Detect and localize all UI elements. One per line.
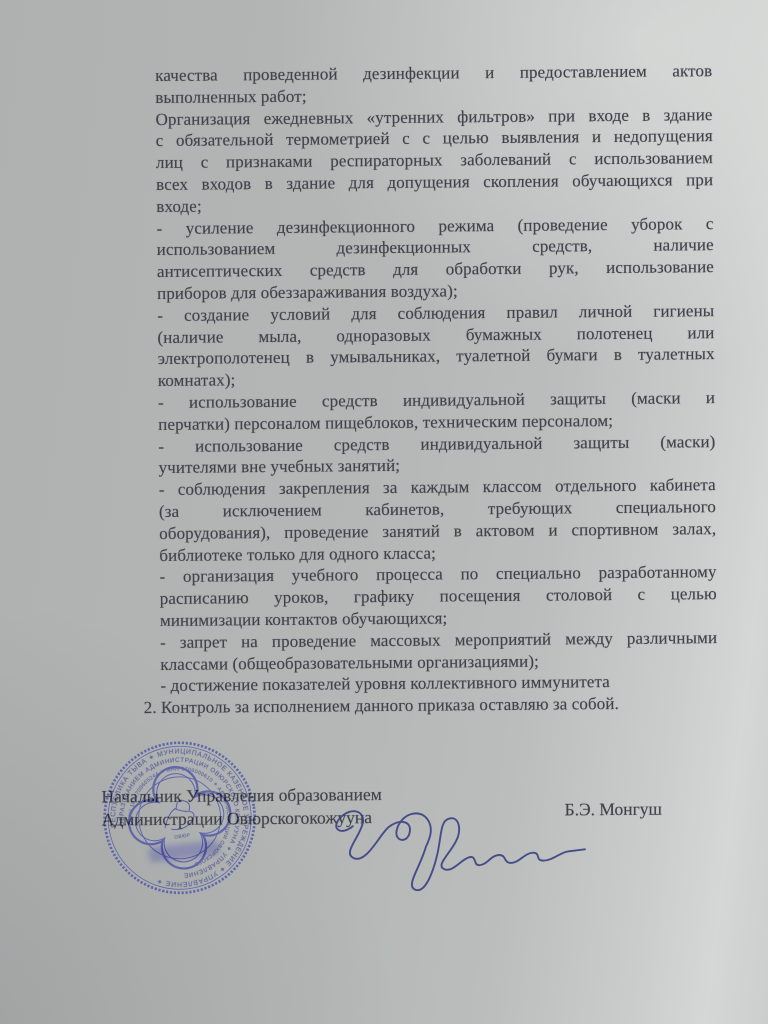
text-line: 2. Контроль за исполнением данного прика… <box>144 692 718 719</box>
stamp-emblem-rider <box>161 799 195 832</box>
stamp-center-label: ОВЮР <box>174 832 191 839</box>
official-round-stamp: РЕСПУБЛИКА ТЫВА ✦ МУНИЦИПАЛЬНОЕ КАЗЕННОЕ… <box>94 732 265 903</box>
paper-sheet: качества проведенной дезинфекции и предо… <box>0 0 768 1024</box>
document-body: качества проведенной дезинфекции и предо… <box>155 60 718 719</box>
signer-name: Б.Э. Монгуш <box>565 799 663 821</box>
stamp-graphics: РЕСПУБЛИКА ТЫВА ✦ МУНИЦИПАЛЬНОЕ КАЗЕННОЕ… <box>94 733 265 904</box>
document-photo: качества проведенной дезинфекции и предо… <box>0 0 768 1024</box>
